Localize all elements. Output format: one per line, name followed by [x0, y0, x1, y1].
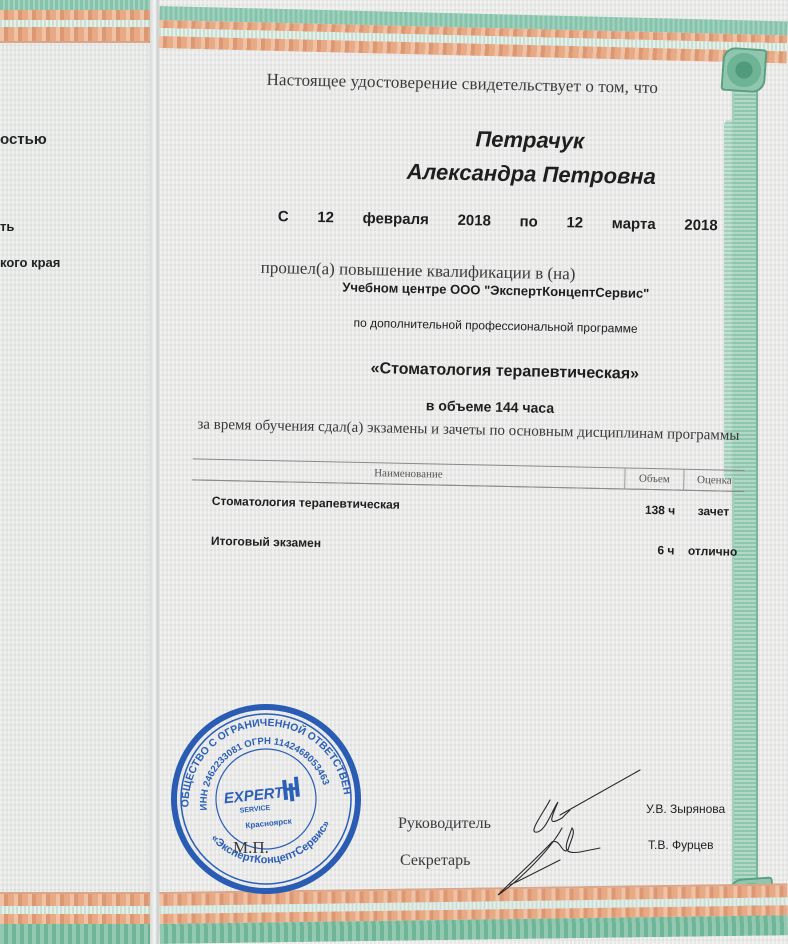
grades-table: Наименование Объем Оценка Стоматология т… [191, 458, 745, 572]
header-grade: Оценка [684, 469, 745, 491]
discipline-volume: 6 ч [623, 529, 683, 570]
seal-place-label: М.П. [233, 838, 269, 858]
period-from-label: С [278, 208, 289, 225]
company-seal-stamp: ОБЩЕСТВО С ОГРАНИЧЕННОЙ ОТВЕТСТВЕННОСТЬЮ… [166, 704, 366, 894]
discipline-grade: зачет [683, 490, 744, 532]
period-to-label: по [519, 213, 538, 230]
stamp-logo-sub: SERVICE [239, 805, 270, 815]
period-to-day: 12 [566, 214, 583, 231]
exams-note: за время обучения сдал(а) экзамены и зач… [197, 415, 757, 447]
discipline-grade: отлично [682, 531, 743, 572]
program-label: по дополнительной профессиональной прогр… [353, 316, 637, 336]
discipline-volume: 138 ч [624, 489, 684, 531]
certificate-intro: Настоящее удостоверение свидетельствует … [266, 70, 658, 98]
header-volume: Объем [625, 468, 684, 490]
period-to-month: марта [612, 215, 656, 233]
period-from-month: февраля [362, 210, 429, 228]
program-title: «Стоматология терапевтическая» [370, 360, 639, 384]
stamp-city: Красноярск [245, 816, 293, 830]
holder-given-names: Александра Петровна [406, 159, 656, 190]
head-name: У.В. Зырянова [646, 802, 725, 816]
secretary-role-label: Секретарь [400, 852, 470, 870]
program-volume: в объеме 144 часа [426, 397, 555, 416]
training-center: Учебном центре ООО "ЭкспертКонцептСервис… [342, 280, 649, 301]
head-role-label: Руководитель [398, 815, 491, 833]
discipline-name: Итоговый экзамен [191, 520, 624, 569]
training-period: С 12 февраля 2018 по 12 марта 2018 [278, 208, 718, 234]
holder-surname: Петрачук [475, 126, 584, 154]
period-to-year: 2018 [684, 217, 718, 235]
period-from-year: 2018 [457, 212, 491, 230]
stamp-logo-main: EXPERT [223, 784, 286, 807]
handwritten-signatures [490, 760, 650, 910]
secretary-name: Т.В. Фурцев [648, 838, 713, 852]
period-from-day: 12 [317, 209, 334, 226]
